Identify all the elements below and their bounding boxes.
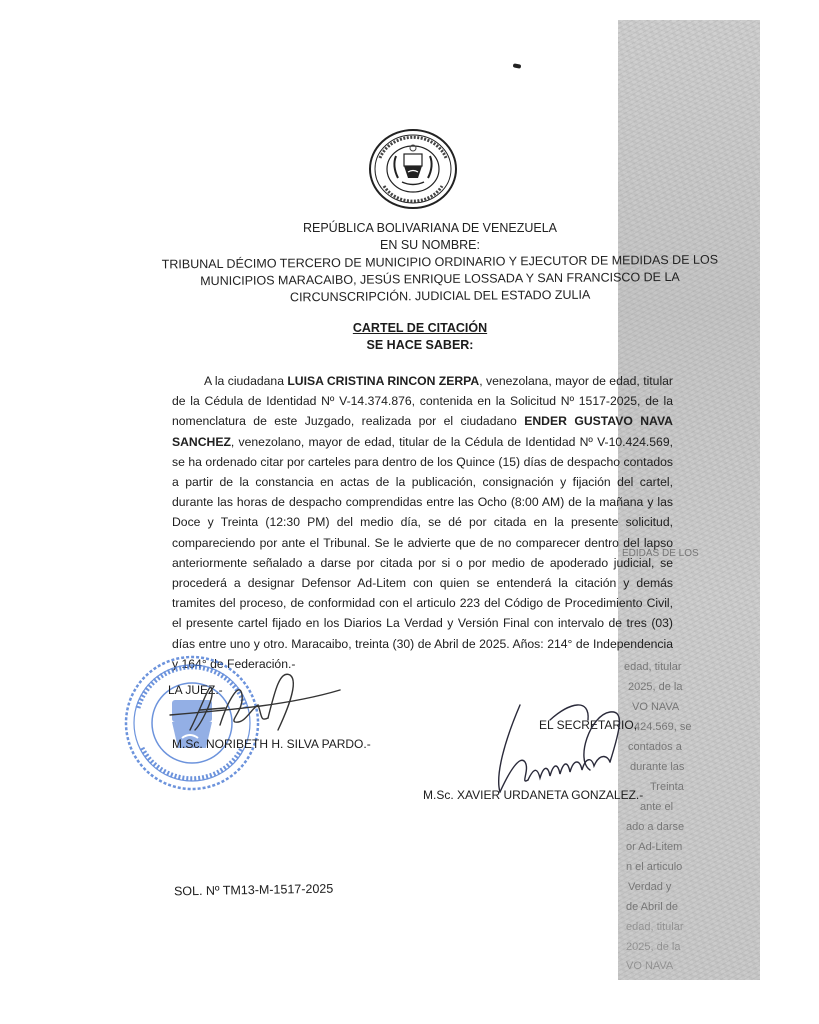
court-stamp-icon bbox=[120, 648, 270, 798]
ghost-fragment: ado a darse bbox=[626, 821, 684, 833]
ghost-fragment: VO NAVA bbox=[632, 701, 679, 713]
judge-title: LA JUEZ.- bbox=[168, 682, 223, 698]
court-name: TRIBUNAL DÉCIMO TERCERO DE MUNICIPIO ORD… bbox=[160, 252, 720, 308]
ghost-fragment: contados a bbox=[628, 741, 682, 753]
ghost-fragment: edad, titular bbox=[626, 921, 683, 933]
document-header: REPÚBLICA BOLIVARIANA DE VENEZUELA EN SU… bbox=[150, 220, 710, 254]
cited-person-name: LUISA CRISTINA RINCON ZERPA bbox=[287, 374, 479, 388]
ghost-fragment: ante el bbox=[640, 801, 673, 813]
ghost-fragment: VO NAVA bbox=[626, 960, 673, 972]
judge-name: M.Sc. NORIBETH H. SILVA PARDO.- bbox=[172, 736, 371, 752]
ghost-fragment: 424.569, se bbox=[634, 721, 692, 733]
secretary-name: M.Sc. XAVIER URDANETA GONZALEZ.- bbox=[423, 788, 643, 802]
ghost-fragment: Verdad y bbox=[628, 881, 671, 893]
body-text-1: A la ciudadana bbox=[204, 374, 287, 388]
ghost-fragment: 2025, de la bbox=[628, 681, 682, 693]
ghost-fragment: de Abril de bbox=[626, 901, 678, 913]
venezuela-coat-of-arms-seal-icon bbox=[368, 128, 458, 210]
scan-speck bbox=[513, 63, 522, 68]
ghost-fragment: or Ad-Litem bbox=[626, 841, 682, 853]
judge-signature-block: LA JUEZ.- M.Sc. NORIBETH H. SILVA PARDO.… bbox=[168, 682, 223, 698]
ghost-fragment: n el articulo bbox=[626, 861, 682, 873]
ghost-fragment: durante las bbox=[630, 761, 684, 773]
document-title: CARTEL DE CITACIÓN bbox=[300, 320, 540, 337]
header-country: REPÚBLICA BOLIVARIANA DE VENEZUELA bbox=[150, 220, 710, 237]
body-text-3: , venezolano, mayor de edad, titular de … bbox=[172, 435, 673, 671]
document-subtitle: SE HACE SABER: bbox=[300, 337, 540, 354]
secretary-title: EL SECRETARIO, bbox=[539, 718, 637, 732]
ghost-fragment: 2025, de la bbox=[626, 941, 680, 953]
document-body: A la ciudadana LUISA CRISTINA RINCON ZER… bbox=[172, 371, 673, 674]
case-reference-number: SOL. Nº TM13-M-1517-2025 bbox=[174, 882, 333, 899]
document-title-block: CARTEL DE CITACIÓN SE HACE SABER: bbox=[300, 320, 540, 354]
body-paragraph: A la ciudadana LUISA CRISTINA RINCON ZER… bbox=[172, 371, 673, 674]
ghost-fragment: Treinta bbox=[650, 781, 684, 793]
